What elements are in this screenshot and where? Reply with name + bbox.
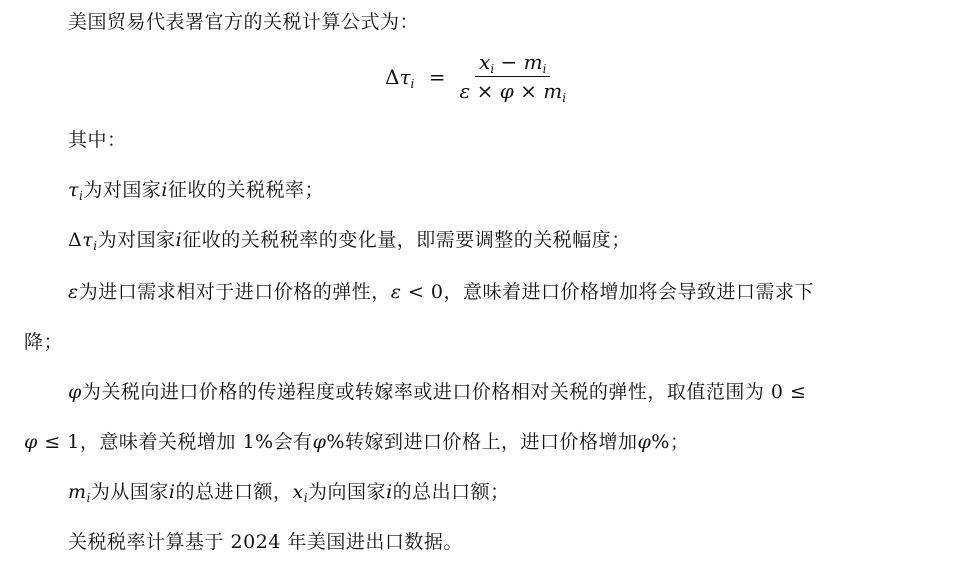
definition-text: %； <box>651 431 689 453</box>
definition-text: 为向国家 <box>308 481 386 503</box>
definition-text: %转嫁到进口价格上，进口价格增加 <box>326 431 637 453</box>
definition-text: ≤ 1，意味着关税增加 1%会有 <box>38 431 313 453</box>
definition-text: 为对国家 <box>98 229 176 251</box>
minus-sign: − <box>494 50 523 74</box>
definition-phi-wrap: φ ≤ 1，意味着关税增加 1%会有φ%转嫁到进口价格上，进口价格增加φ%； <box>24 430 689 454</box>
subscript-i: i <box>411 77 415 91</box>
subscript-i: i <box>543 62 547 76</box>
phi-symbol: φ <box>24 431 38 453</box>
definition-m-x: mi为从国家i的总进口额，xi为向国家i的总出口额； <box>68 480 510 504</box>
definition-text: 征收的关税税率； <box>168 179 324 201</box>
definition-phi: φ为关税向进口价格的传递程度或转嫁率或进口价格相对关税的弹性，取值范围为 0 ≤ <box>68 380 806 404</box>
phi-symbol: φ <box>500 79 514 103</box>
definition-text: 的总出口额； <box>393 481 510 503</box>
where-label: 其中： <box>68 128 127 152</box>
phi-symbol: φ <box>637 431 651 453</box>
m-symbol: m <box>524 50 543 74</box>
m-symbol: m <box>68 481 87 503</box>
definition-epsilon-wrap: 降； <box>24 330 63 354</box>
equals-sign: = <box>429 65 446 89</box>
x-symbol: x <box>479 50 490 74</box>
phi-symbol: φ <box>313 431 327 453</box>
definition-text: ，意味着进口价格增加将会导致进口需求下 <box>444 281 815 303</box>
definition-text: 为进口需求相对于进口价格的弹性， <box>79 281 391 303</box>
data-source-note: 关税税率计算基于 2024 年美国进出口数据。 <box>68 530 463 554</box>
definition-text: 为从国家 <box>91 481 169 503</box>
times-sign: × <box>470 79 499 103</box>
definition-text: 降； <box>24 331 63 353</box>
tariff-formula: Δτi = xi − mi ε × φ × mi <box>385 50 570 103</box>
definition-text: 为关税向进口价格的传递程度或转嫁率或进口价格相对关税的弹性，取值范围为 0 ≤ <box>82 381 807 403</box>
times-sign: × <box>514 79 543 103</box>
m-symbol: m <box>543 79 562 103</box>
tau-symbol: τ <box>399 65 410 89</box>
footnote-text: 关税税率计算基于 2024 年美国进出口数据。 <box>68 531 463 553</box>
epsilon-symbol: ε <box>460 79 471 103</box>
definition-tau: τi为对国家i征收的关税税率； <box>68 178 324 202</box>
tau-symbol: τ <box>82 229 93 251</box>
definition-text: 的总进口额， <box>175 481 292 503</box>
formula-lhs: Δτi = <box>385 65 446 89</box>
formula-denominator: ε × φ × mi <box>456 77 571 103</box>
epsilon-symbol: ε <box>68 281 79 303</box>
definition-epsilon: ε为进口需求相对于进口价格的弹性，ε < 0，意味着进口价格增加将会导致进口需求… <box>68 280 814 304</box>
definition-delta-tau: Δτi为对国家i征收的关税税率的变化量，即需要调整的关税幅度； <box>68 228 631 252</box>
intro-text: 美国贸易代表署官方的关税计算公式为： <box>68 11 419 33</box>
definition-text: 为对国家 <box>83 179 161 201</box>
subscript-i: i <box>562 91 566 105</box>
where-text: 其中： <box>68 129 127 151</box>
intro-paragraph: 美国贸易代表署官方的关税计算公式为： <box>68 10 419 34</box>
x-symbol: x <box>292 481 303 503</box>
definition-text: 征收的关税税率的变化量，即需要调整的关税幅度； <box>182 229 631 251</box>
i-variable: i <box>386 481 393 503</box>
epsilon-symbol: ε <box>391 281 402 303</box>
formula-fraction: xi − mi ε × φ × mi <box>456 50 571 103</box>
i-variable: i <box>161 179 168 201</box>
formula-numerator: xi − mi <box>475 50 550 77</box>
delta-symbol: Δ <box>385 65 399 89</box>
condition-text: < 0 <box>401 281 443 303</box>
tau-symbol: τ <box>68 179 79 201</box>
phi-symbol: φ <box>68 381 82 403</box>
delta-symbol: Δ <box>68 229 82 251</box>
